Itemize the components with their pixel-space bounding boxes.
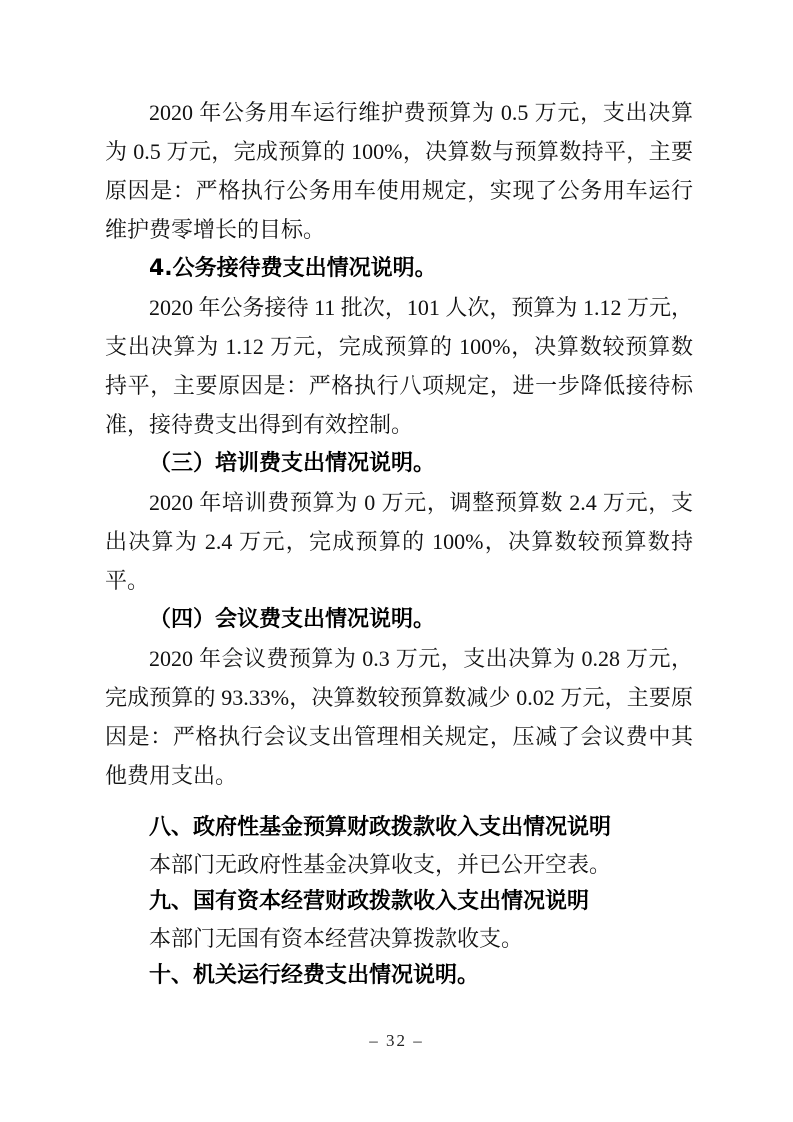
para-state-capital-operation: 本部门无国有资本经营决算拨款收支。: [105, 920, 693, 957]
heading-meeting-expense: （四）会议费支出情况说明。: [105, 600, 693, 639]
para-official-reception-expense: 2020 年公务接待 11 批次，101 人次，预算为 1.12 万元，支出决算…: [105, 288, 693, 444]
document-body: 2020 年公务用车运行维护费预算为 0.5 万元，支出决算为 0.5 万元，完…: [105, 93, 693, 994]
document-page: 2020 年公务用车运行维护费预算为 0.5 万元，支出决算为 0.5 万元，完…: [0, 0, 793, 1122]
para-training-expense: 2020 年培训费预算为 0 万元，调整预算数 2.4 万元，支出决算为 2.4…: [105, 483, 693, 600]
para-government-fund-budget: 本部门无政府性基金决算收支，并已公开空表。: [105, 846, 693, 883]
page-footer: – 32 –: [0, 1031, 793, 1051]
page-number: – 32 –: [369, 1031, 424, 1050]
heading-state-capital-operation: 九、国有资本经营财政拨款收入支出情况说明: [105, 883, 693, 920]
heading-official-reception-expense: 4.公务接待费支出情况说明。: [105, 249, 693, 288]
heading-government-fund-budget: 八、政府性基金预算财政拨款收入支出情况说明: [105, 809, 693, 846]
heading-agency-operation-expense: 十、机关运行经费支出情况说明。: [105, 957, 693, 994]
para-vehicle-operation-expense: 2020 年公务用车运行维护费预算为 0.5 万元，支出决算为 0.5 万元，完…: [105, 93, 693, 249]
para-meeting-expense: 2020 年会议费预算为 0.3 万元，支出决算为 0.28 万元，完成预算的 …: [105, 639, 693, 795]
heading-training-expense: （三）培训费支出情况说明。: [105, 444, 693, 483]
